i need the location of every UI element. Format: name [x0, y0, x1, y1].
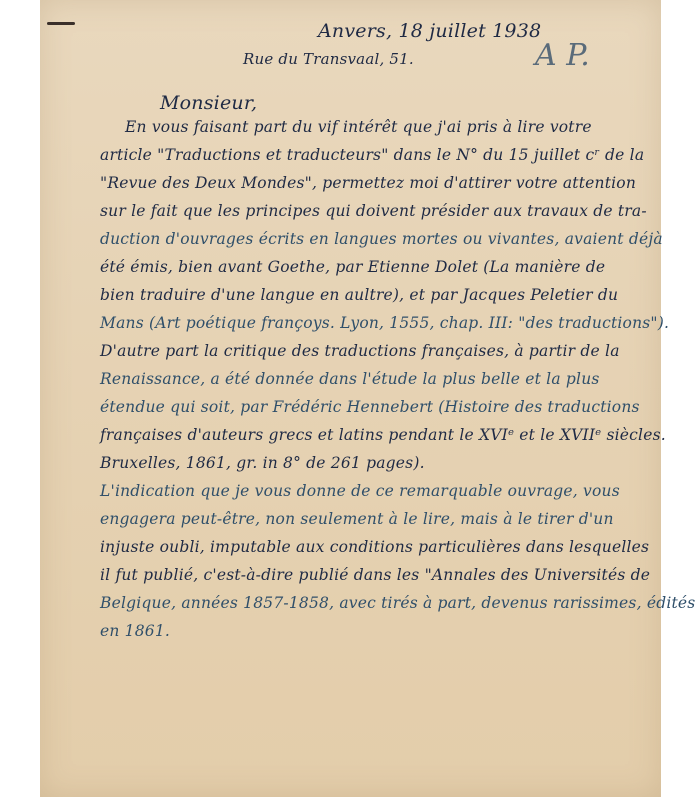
body-line: Bruxelles, 1861, gr. in 8° de 261 pages)…: [100, 454, 425, 472]
body-line: en 1861.: [100, 622, 170, 640]
pencil-annotation: A P.: [535, 38, 590, 73]
body-line: duction d'ouvrages écrits en langues mor…: [100, 230, 663, 248]
body-line: En vous faisant part du vif intérêt que …: [125, 118, 592, 136]
sender-address: Rue du Transvaal, 51.: [243, 50, 414, 68]
body-line: injuste oubli, imputable aux conditions …: [100, 538, 649, 556]
body-line: engagera peut-être, non seulement à le l…: [100, 510, 614, 528]
body-line: été émis, bien avant Goethe, par Etienne…: [100, 258, 605, 276]
body-line: L'indication que je vous donne de ce rem…: [100, 482, 620, 500]
body-line: il fut publié, c'est-à-dire publié dans …: [100, 566, 650, 584]
body-line: étendue qui soit, par Frédéric Hennebert…: [100, 398, 640, 416]
body-line: article "Traductions et traducteurs" dan…: [100, 146, 644, 164]
body-line: "Revue des Deux Mondes", permettez moi d…: [100, 174, 636, 192]
body-line: Mans (Art poétique françoys. Lyon, 1555,…: [100, 314, 669, 332]
salutation: Monsieur,: [160, 92, 257, 114]
body-line: Belgique, années 1857-1858, avec tirés à…: [100, 594, 695, 612]
body-line: françaises d'auteurs grecs et latins pen…: [100, 426, 666, 444]
margin-dash-mark: [47, 22, 75, 25]
body-line: bien traduire d'une langue en aultre), e…: [100, 286, 618, 304]
body-line: D'autre part la critique des traductions…: [100, 342, 620, 360]
body-line: sur le fait que les principes qui doiven…: [100, 202, 647, 220]
place-date: Anvers, 18 juillet 1938: [318, 20, 541, 42]
body-line: Renaissance, a été donnée dans l'étude l…: [100, 370, 600, 388]
